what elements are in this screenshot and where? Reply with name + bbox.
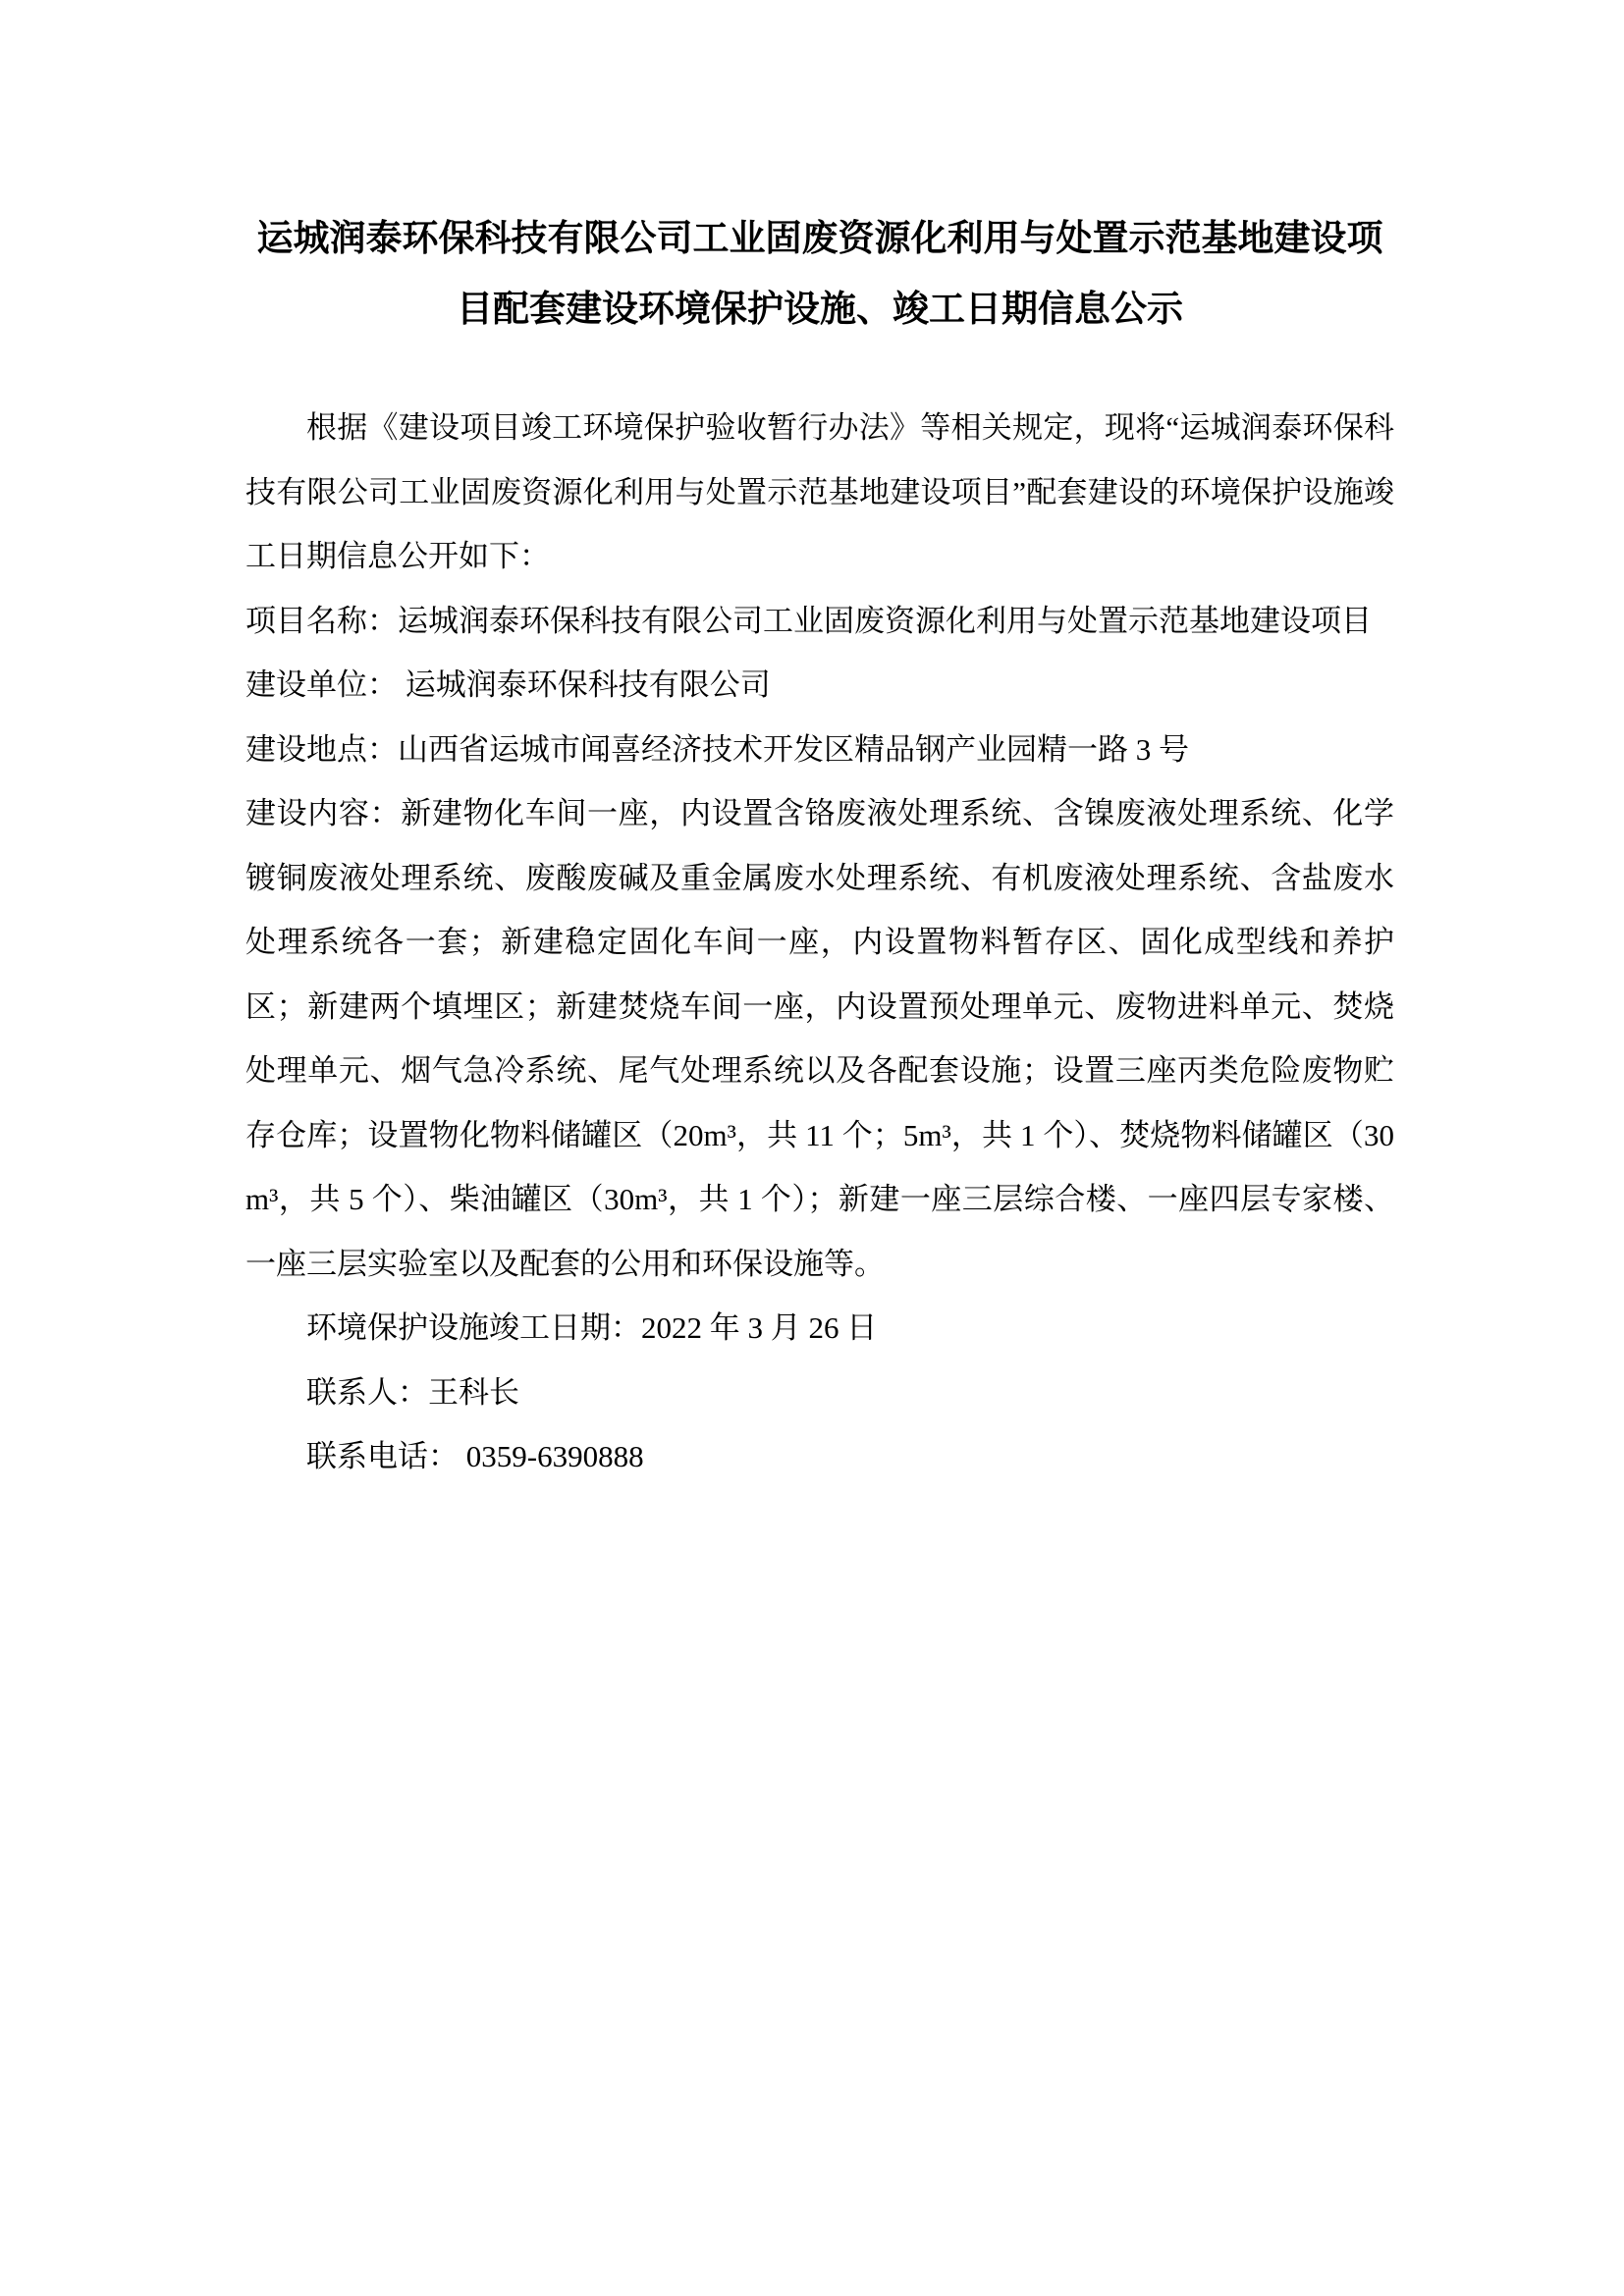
- document-page: 运城润泰环保科技有限公司工业固废资源化利用与处置示范基地建设项目配套建设环境保护…: [0, 0, 1624, 2296]
- contact-person-line: 联系人：王科长: [245, 1361, 1394, 1425]
- construction-site-line: 建设地点：山西省运城市闻喜经济技术开发区精品钢产业园精一路 3 号: [245, 718, 1394, 782]
- page-title: 运城润泰环保科技有限公司工业固废资源化利用与处置示范基地建设项目配套建设环境保护…: [245, 204, 1394, 346]
- completion-date-line: 环境保护设施竣工日期：2022 年 3 月 26 日: [245, 1296, 1394, 1361]
- construction-content-paragraph: 建设内容：新建物化车间一座，内设置含铬废液处理系统、含镍废液处理系统、化学镀铜废…: [245, 781, 1394, 1296]
- construction-unit-line: 建设单位： 运城润泰环保科技有限公司: [245, 653, 1394, 718]
- project-name-line: 项目名称：运城润泰环保科技有限公司工业固废资源化利用与处置示范基地建设项目: [245, 589, 1394, 654]
- contact-phone-line: 联系电话： 0359-6390888: [245, 1424, 1394, 1489]
- intro-paragraph: 根据《建设项目竣工环境保护验收暂行办法》等相关规定，现将“运城润泰环保科技有限公…: [245, 396, 1394, 589]
- document-content: 运城润泰环保科技有限公司工业固废资源化利用与处置示范基地建设项目配套建设环境保护…: [0, 0, 1624, 1489]
